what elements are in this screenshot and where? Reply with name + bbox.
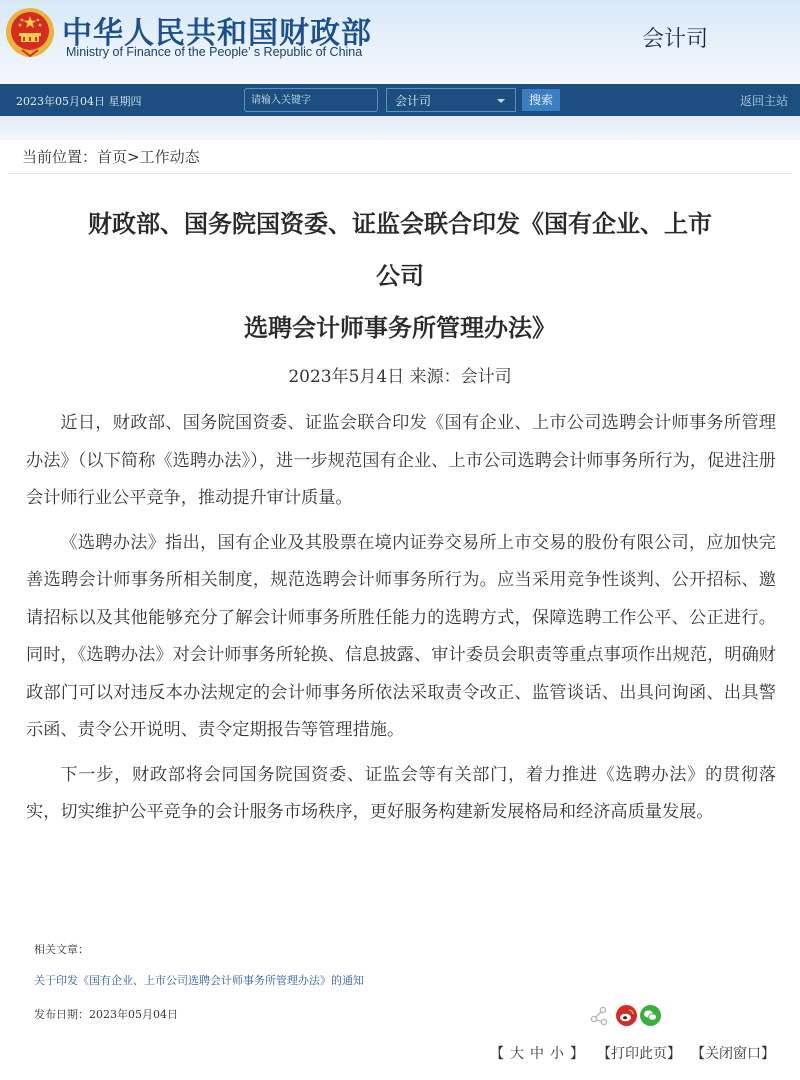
site-title-en: Ministry of Finance of the People’ s Rep… bbox=[66, 45, 362, 59]
article-paragraph: 近日，财政部、国务院国资委、证监会联合印发《国有企业、上市公司选聘会计师事务所管… bbox=[26, 405, 776, 518]
share-icon[interactable] bbox=[589, 1006, 609, 1026]
wechat-icon[interactable] bbox=[640, 1005, 661, 1026]
back-to-main-site-link[interactable]: 返回主站 bbox=[740, 92, 788, 109]
department-select-value: 会计司 bbox=[395, 94, 431, 108]
article-body: 近日，财政部、国务院国资委、证监会联合印发《国有企业、上市公司选聘会计师事务所管… bbox=[26, 405, 776, 839]
breadcrumb-home-link[interactable]: 首页 bbox=[97, 148, 127, 166]
chevron-down-icon bbox=[497, 99, 505, 103]
publish-date-label: 发布日期： bbox=[34, 1008, 89, 1021]
nav-bar: 2023年05月04日 星期四 会计司 搜索 返回主站 bbox=[0, 84, 800, 116]
breadcrumb-label: 当前位置： bbox=[22, 148, 97, 166]
article-title-line: 选聘会计师事务所管理办法》 bbox=[30, 302, 770, 354]
publish-date: 发布日期：2023年05月04日 bbox=[34, 1006, 178, 1022]
breadcrumb-current-link[interactable]: 工作动态 bbox=[140, 148, 200, 166]
header-banner: 中华人民共和国财政部 Ministry of Finance of the Pe… bbox=[0, 0, 800, 84]
close-window-button[interactable]: 【关闭窗口】 bbox=[691, 1046, 775, 1062]
current-date: 2023年05月04日 星期四 bbox=[16, 93, 142, 109]
breadcrumb-separator: > bbox=[127, 148, 140, 166]
print-page-button[interactable]: 【打印此页】 bbox=[597, 1046, 681, 1062]
article-paragraph: 《选聘办法》指出，国有企业及其股票在境内证券交易所上市交易的股份有限公司，应加快… bbox=[26, 525, 776, 750]
page-tools: 【大中小】【打印此页】【关闭窗口】 bbox=[487, 1043, 775, 1063]
article-title: 财政部、国务院国资委、证监会联合印发《国有企业、上市 公司 选聘会计师事务所管理… bbox=[30, 198, 770, 354]
font-size-medium-button[interactable]: 中 bbox=[530, 1046, 544, 1062]
font-size-small-button[interactable]: 小 bbox=[550, 1046, 564, 1062]
header-fade bbox=[0, 116, 800, 140]
article-meta: 2023年5月4日 来源：会计司 bbox=[0, 362, 800, 387]
font-size-large-button[interactable]: 大 bbox=[510, 1046, 524, 1062]
national-emblem-icon bbox=[4, 6, 56, 62]
related-article-link[interactable]: 关于印发《国有企业、上市公司选聘会计师事务所管理办法》的通知 bbox=[34, 972, 364, 988]
article-paragraph: 下一步，财政部将会同国务院国资委、证监会等有关部门，着力推进《选聘办法》的贯彻落… bbox=[26, 757, 776, 832]
search-input[interactable] bbox=[244, 88, 378, 112]
article-title-line: 财政部、国务院国资委、证监会联合印发《国有企业、上市 bbox=[30, 198, 770, 250]
search-button[interactable]: 搜索 bbox=[522, 89, 560, 111]
breadcrumb-bar: 当前位置：首页>工作动态 bbox=[8, 140, 792, 174]
weibo-icon[interactable] bbox=[616, 1005, 637, 1026]
department-select[interactable]: 会计司 bbox=[386, 88, 516, 112]
font-size-controls: 【大中小】 bbox=[487, 1046, 587, 1062]
publish-date-value: 2023年05月04日 bbox=[89, 1008, 178, 1021]
bracket-close: 】 bbox=[570, 1046, 584, 1062]
department-name: 会计司 bbox=[642, 22, 708, 53]
breadcrumb: 当前位置：首页>工作动态 bbox=[22, 146, 200, 167]
bracket-open: 【 bbox=[490, 1046, 504, 1062]
article-title-line: 公司 bbox=[30, 250, 770, 302]
related-articles-label: 相关文章： bbox=[34, 941, 89, 957]
